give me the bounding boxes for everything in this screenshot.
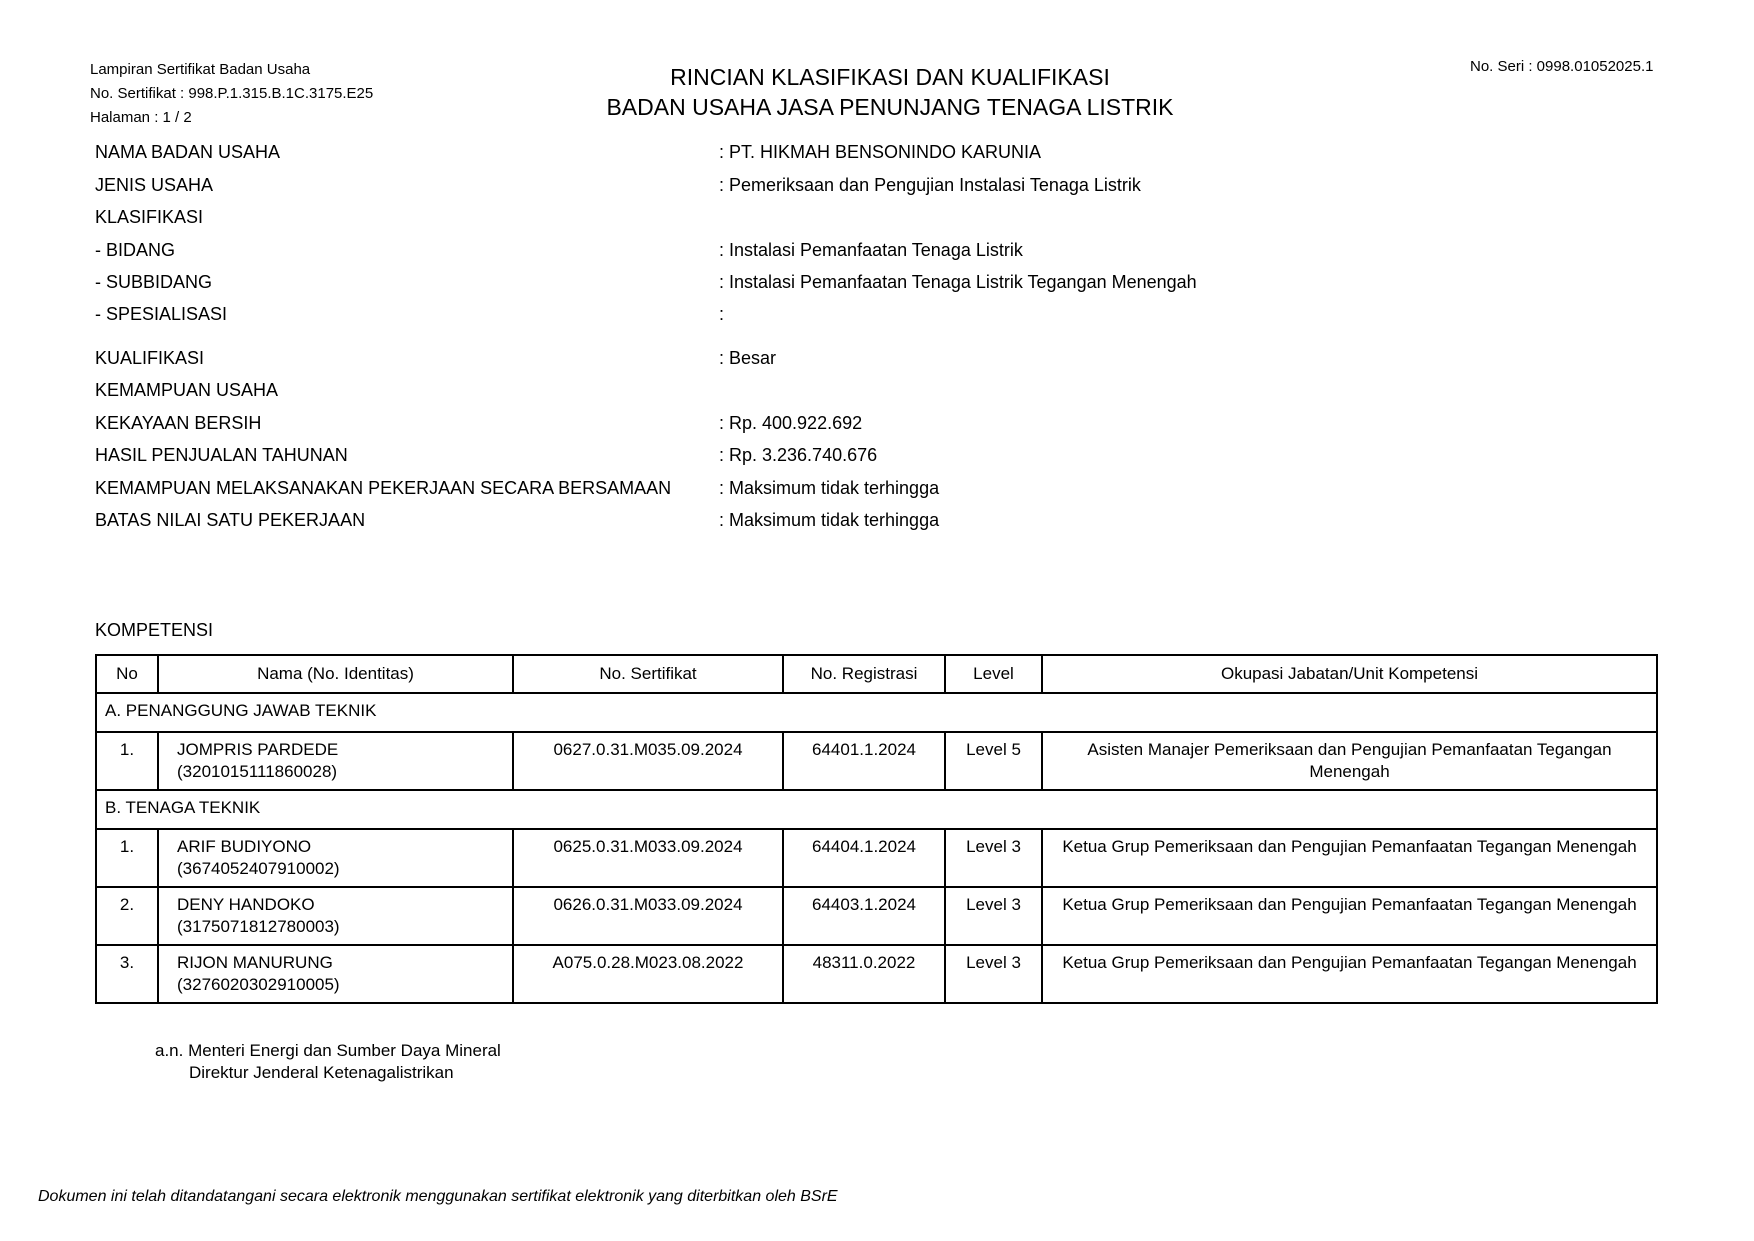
cell-no: 1. xyxy=(96,732,158,790)
info-label: HASIL PENJUALAN TAHUNAN xyxy=(95,445,348,466)
cell-occupation: Asisten Manajer Pemeriksaan dan Pengujia… xyxy=(1042,732,1657,790)
column-header-level: Level xyxy=(945,655,1042,693)
info-label: NAMA BADAN USAHA xyxy=(95,142,280,163)
cell-name: JOMPRIS PARDEDE(3201015111860028) xyxy=(158,732,513,790)
table-row: 2.DENY HANDOKO(3175071812780003)0626.0.3… xyxy=(96,887,1657,945)
person-id: (3175071812780003) xyxy=(177,916,504,938)
info-value: : Instalasi Pemanfaatan Tenaga Listrik xyxy=(719,240,1023,261)
cell-name: DENY HANDOKO(3175071812780003) xyxy=(158,887,513,945)
cell-occupation: Ketua Grup Pemeriksaan dan Pengujian Pem… xyxy=(1042,829,1657,887)
info-value: : xyxy=(719,304,724,325)
info-label: KUALIFIKASI xyxy=(95,348,204,369)
cell-level: Level 3 xyxy=(945,829,1042,887)
cell-name: ARIF BUDIYONO(3674052407910002) xyxy=(158,829,513,887)
page-title: RINCIAN KLASIFIKASI DAN KUALIFIKASI BADA… xyxy=(500,62,1280,122)
title-line-1: RINCIAN KLASIFIKASI DAN KUALIFIKASI xyxy=(500,62,1280,92)
group-row: B. TENAGA TEKNIK xyxy=(96,790,1657,829)
info-value: : PT. HIKMAH BENSONINDO KARUNIA xyxy=(719,142,1041,163)
group-row: A. PENANGGUNG JAWAB TEKNIK xyxy=(96,693,1657,732)
info-value: : Instalasi Pemanfaatan Tenaga Listrik T… xyxy=(719,272,1197,293)
column-header-name: Nama (No. Identitas) xyxy=(158,655,513,693)
cell-occupation: Ketua Grup Pemeriksaan dan Pengujian Pem… xyxy=(1042,887,1657,945)
cell-name: RIJON MANURUNG(3276020302910005) xyxy=(158,945,513,1003)
cell-certificate: 0626.0.31.M033.09.2024 xyxy=(513,887,783,945)
column-header-certificate: No. Sertifikat xyxy=(513,655,783,693)
cell-registration: 48311.0.2022 xyxy=(783,945,945,1003)
cell-level: Level 3 xyxy=(945,887,1042,945)
person-name: JOMPRIS PARDEDE xyxy=(177,739,504,761)
column-header-no: No xyxy=(96,655,158,693)
info-label: KLASIFIKASI xyxy=(95,207,203,228)
info-value: : Rp. 400.922.692 xyxy=(719,413,862,434)
cell-registration: 64403.1.2024 xyxy=(783,887,945,945)
cell-certificate: A075.0.28.M023.08.2022 xyxy=(513,945,783,1003)
info-value: : Maksimum tidak terhingga xyxy=(719,510,939,531)
info-label: KEMAMPUAN MELAKSANAKAN PEKERJAAN SECARA … xyxy=(95,478,671,499)
title-line-2: BADAN USAHA JASA PENUNJANG TENAGA LISTRI… xyxy=(500,92,1280,122)
info-value: : Maksimum tidak terhingga xyxy=(719,478,939,499)
person-id: (3201015111860028) xyxy=(177,761,504,783)
person-id: (3674052407910002) xyxy=(177,858,504,880)
group-title: B. TENAGA TEKNIK xyxy=(96,790,1657,829)
cell-registration: 64401.1.2024 xyxy=(783,732,945,790)
info-value: : Besar xyxy=(719,348,776,369)
cell-certificate: 0627.0.31.M035.09.2024 xyxy=(513,732,783,790)
signature-line-2: Direktur Jenderal Ketenagalistrikan xyxy=(155,1062,501,1084)
cell-certificate: 0625.0.31.M033.09.2024 xyxy=(513,829,783,887)
document-meta: Lampiran Sertifikat Badan Usaha No. Sert… xyxy=(90,58,373,130)
info-label: BATAS NILAI SATU PEKERJAAN xyxy=(95,510,365,531)
cell-no: 2. xyxy=(96,887,158,945)
info-label: KEKAYAAN BERSIH xyxy=(95,413,261,434)
info-value: : Rp. 3.236.740.676 xyxy=(719,445,877,466)
info-label: KEMAMPUAN USAHA xyxy=(95,380,278,401)
info-value: : Pemeriksaan dan Pengujian Instalasi Te… xyxy=(719,175,1141,196)
info-label: - SUBBIDANG xyxy=(95,272,212,293)
table-row: 1.ARIF BUDIYONO(3674052407910002)0625.0.… xyxy=(96,829,1657,887)
column-header-occupation: Okupasi Jabatan/Unit Kompetensi xyxy=(1042,655,1657,693)
serial-number: No. Seri : 0998.01052025.1 xyxy=(1470,58,1653,75)
attachment-label: Lampiran Sertifikat Badan Usaha xyxy=(90,58,373,82)
kompetensi-label: KOMPETENSI xyxy=(95,620,213,641)
person-id: (3276020302910005) xyxy=(177,974,504,996)
cell-occupation: Ketua Grup Pemeriksaan dan Pengujian Pem… xyxy=(1042,945,1657,1003)
person-name: DENY HANDOKO xyxy=(177,894,504,916)
signature-line-1: a.n. Menteri Energi dan Sumber Daya Mine… xyxy=(155,1040,501,1062)
info-label: - SPESIALISASI xyxy=(95,304,227,325)
person-name: ARIF BUDIYONO xyxy=(177,836,504,858)
cell-level: Level 3 xyxy=(945,945,1042,1003)
person-name: RIJON MANURUNG xyxy=(177,952,504,974)
certificate-number: No. Sertifikat : 998.P.1.315.B.1C.3175.E… xyxy=(90,82,373,106)
table-row: 3.RIJON MANURUNG(3276020302910005)A075.0… xyxy=(96,945,1657,1003)
cell-registration: 64404.1.2024 xyxy=(783,829,945,887)
cell-no: 1. xyxy=(96,829,158,887)
table-header-row: No Nama (No. Identitas) No. Sertifikat N… xyxy=(96,655,1657,693)
kompetensi-table: No Nama (No. Identitas) No. Sertifikat N… xyxy=(95,654,1658,1004)
cell-level: Level 5 xyxy=(945,732,1042,790)
column-header-registration: No. Registrasi xyxy=(783,655,945,693)
cell-no: 3. xyxy=(96,945,158,1003)
table-row: 1.JOMPRIS PARDEDE(3201015111860028)0627.… xyxy=(96,732,1657,790)
info-label: - BIDANG xyxy=(95,240,175,261)
info-label: JENIS USAHA xyxy=(95,175,213,196)
electronic-signature-note: Dokumen ini telah ditandatangani secara … xyxy=(38,1188,838,1206)
page-indicator: Halaman : 1 / 2 xyxy=(90,106,373,130)
signature-block: a.n. Menteri Energi dan Sumber Daya Mine… xyxy=(155,1040,501,1084)
group-title: A. PENANGGUNG JAWAB TEKNIK xyxy=(96,693,1657,732)
